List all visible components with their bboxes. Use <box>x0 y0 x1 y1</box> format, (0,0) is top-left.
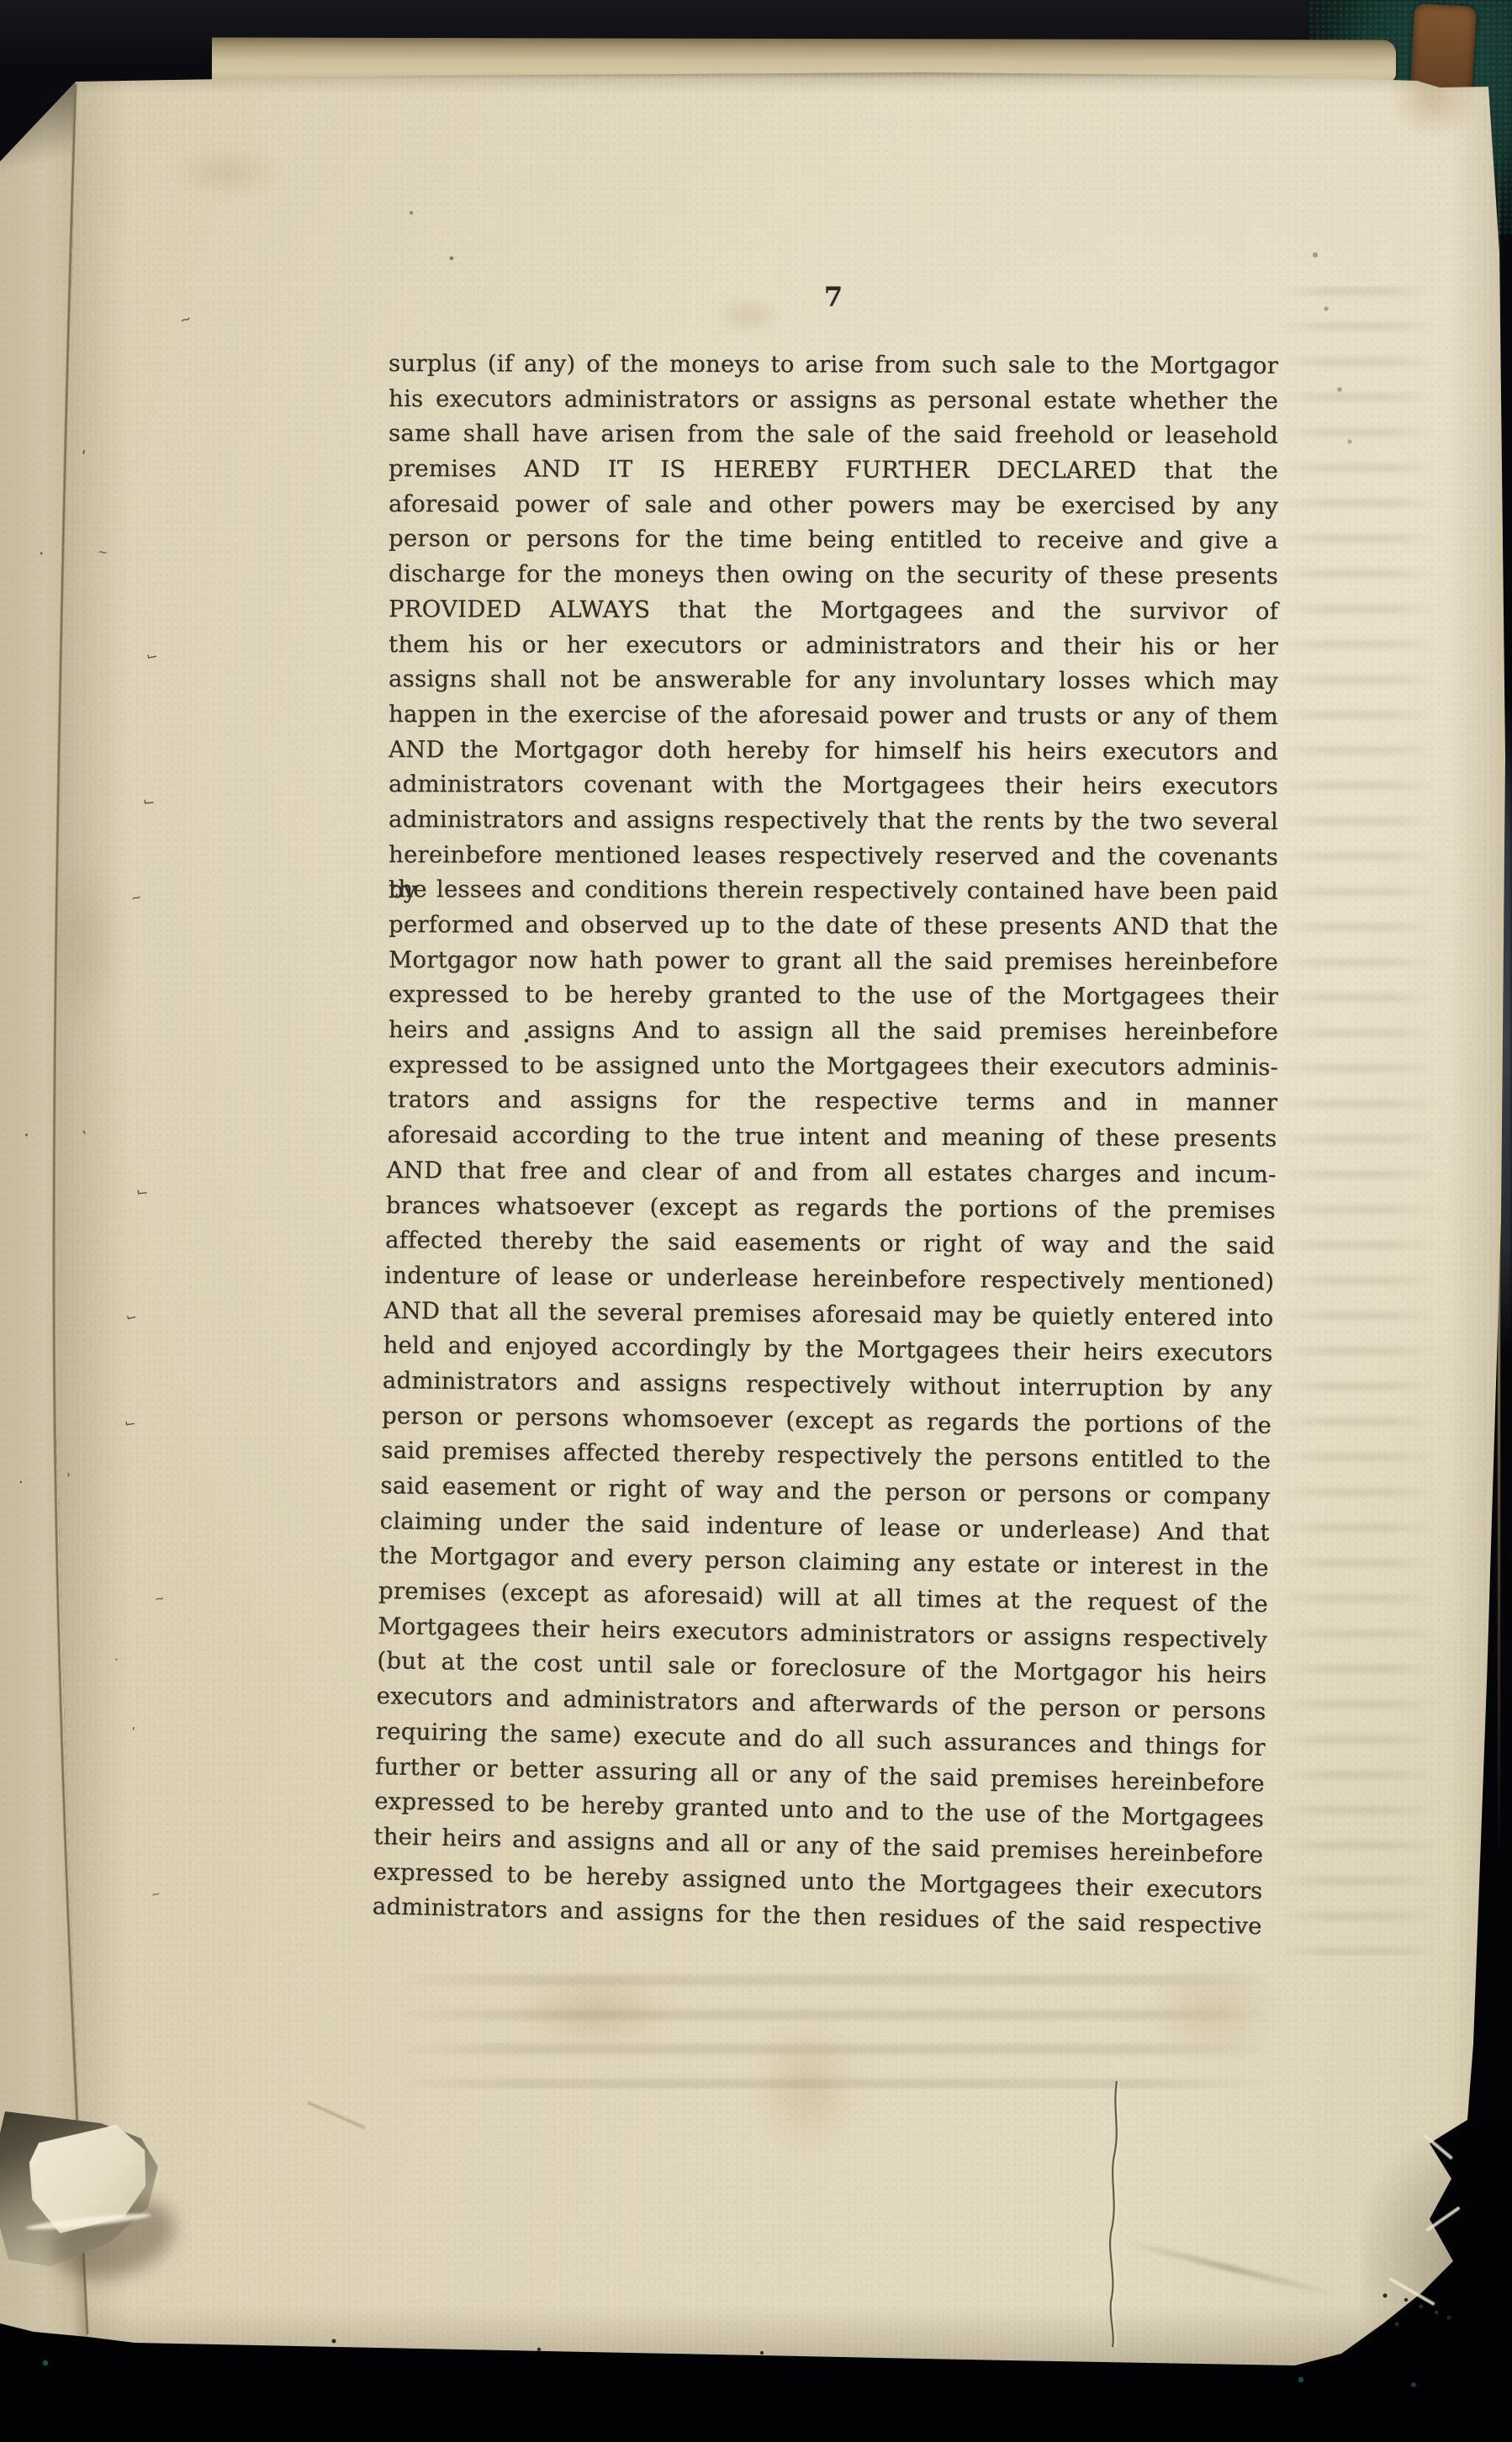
ink-showthrough <box>1280 286 1435 1956</box>
body-text-block: surplus (if any) of the moneys to arise … <box>389 347 1278 1925</box>
text-line: discharge for the moneys then owing on t… <box>389 557 1278 594</box>
fold-crease-line <box>0 0 118 2442</box>
page-number: 7 <box>389 281 1278 313</box>
ink-mark: ¬ <box>142 794 155 809</box>
text-line: expressed to be assigned unto the Mortga… <box>389 1048 1278 1085</box>
paper-crack <box>1092 2076 1142 2354</box>
ink-showthrough <box>394 1963 1272 2089</box>
dust-specks <box>0 0 2 2</box>
text-line: brances whatsoever (except as regards th… <box>386 1189 1276 1229</box>
ink-mark: ¬ <box>124 1416 137 1431</box>
text-line: administrators covenant with the Mortgag… <box>389 767 1278 804</box>
text-line: hereinbefore mentioned leases respective… <box>389 838 1278 875</box>
page-edge-highlight <box>1498 143 1500 1867</box>
text-line: AND the Mortgagor doth hereby for himsel… <box>389 733 1278 770</box>
text-line: performed and observed up to the date of… <box>389 908 1278 945</box>
paper-stain <box>172 147 282 198</box>
ink-mark: ~ <box>97 546 108 559</box>
text-line: aforesaid according to the true intent a… <box>387 1118 1277 1157</box>
text-line: Mortgagor now hath power to grant all th… <box>389 943 1278 980</box>
torn-hole <box>0 2101 195 2296</box>
text-line: trators and assigns for the respective t… <box>388 1083 1277 1120</box>
text-line: person or persons for the time being ent… <box>389 522 1278 559</box>
ink-mark: · <box>114 1654 119 1666</box>
text-line: AND that free and clear of and from all … <box>386 1153 1276 1193</box>
text-line: assigns shall not be answerable for any … <box>389 662 1278 699</box>
small-crease <box>308 2101 366 2129</box>
text-line: happen in the exercise of the aforesaid … <box>389 697 1278 734</box>
text-line: PROVIDED ALWAYS that the Mortgagees and … <box>389 592 1278 629</box>
ink-mark: ~ <box>154 1592 166 1606</box>
text-line: indenture of lease or underlease hereinb… <box>384 1258 1274 1300</box>
text-line: his executors administrators or assigns … <box>389 382 1278 419</box>
text-line: expressed to be hereby granted to the us… <box>389 977 1278 1014</box>
text-line: administrators and assigns respectively … <box>389 803 1278 840</box>
text-line: them his or her executors or administrat… <box>389 628 1278 665</box>
text-line: heirs and assigns And to assign all the … <box>389 1013 1278 1050</box>
text-line: same shall have arisen from the sale of … <box>389 416 1278 453</box>
ink-mark: · <box>39 545 44 562</box>
text-line: affected thereby the said easements or r… <box>385 1223 1275 1264</box>
text-line: premises AND IT IS HEREBY FURTHER DECLAR… <box>389 452 1278 489</box>
ink-mark: · <box>24 1127 29 1146</box>
text-line: aforesaid power of sale and other powers… <box>389 487 1278 524</box>
ink-mark: · <box>19 1475 24 1491</box>
corner-fold-shadow <box>1119 2238 1341 2298</box>
text-line: surplus (if any) of the moneys to arise … <box>389 347 1278 384</box>
ink-mark: ¬ <box>135 1184 149 1199</box>
scanned-document-photo: 7 surplus (if any) of the moneys to aris… <box>0 0 1512 2442</box>
text-line: the lessees and conditions therein respe… <box>389 872 1278 909</box>
